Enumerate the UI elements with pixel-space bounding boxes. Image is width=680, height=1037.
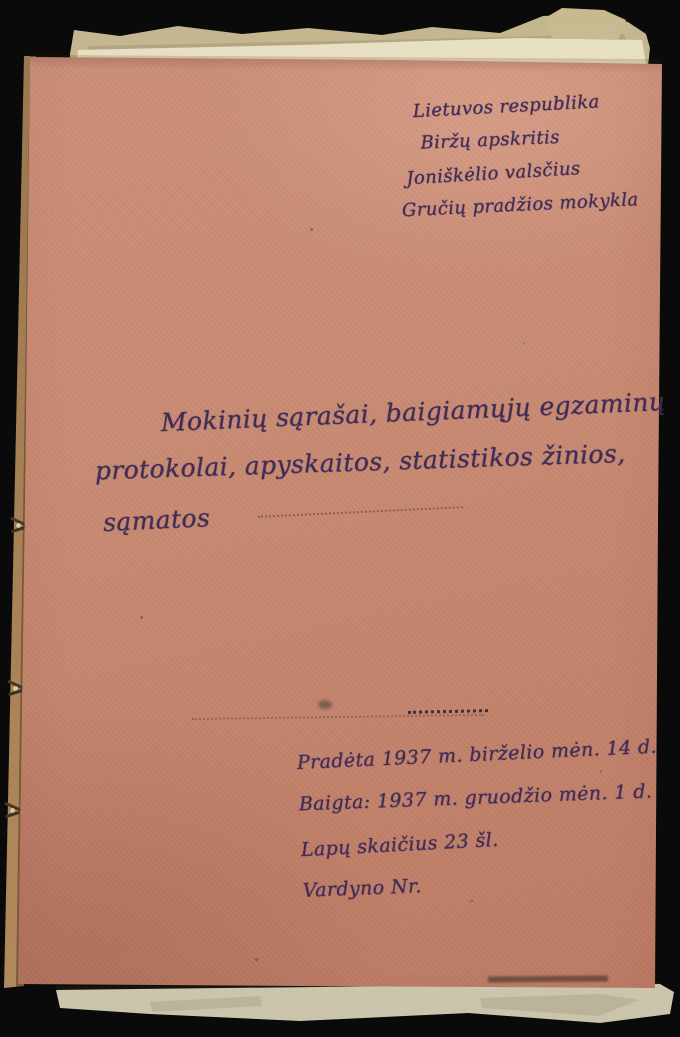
ink-smudge	[488, 975, 608, 982]
title-text-block: Mokinių sąrašai, baigiamųjų egzaminų pro…	[92, 378, 670, 546]
thread-knot	[13, 686, 18, 691]
paper-speck	[310, 228, 313, 231]
paper-speck	[523, 342, 525, 344]
dotted-line	[258, 502, 463, 518]
thread-knot	[16, 523, 21, 528]
header-text-block: Lietuvos respublika Biržų apskritis Joni…	[396, 84, 639, 228]
details-text-block: Pradėta 1937 m. birželio mėn. 14 d. Baig…	[296, 726, 664, 914]
ink-smudge	[318, 700, 332, 709]
paper-speck	[255, 958, 258, 961]
paper-speck	[140, 616, 143, 619]
scanned-document-photo: Lietuvos respublika Biržų apskritis Joni…	[0, 0, 680, 1037]
title-line-text: sąmatos	[102, 503, 210, 537]
thread-knot	[10, 808, 15, 813]
